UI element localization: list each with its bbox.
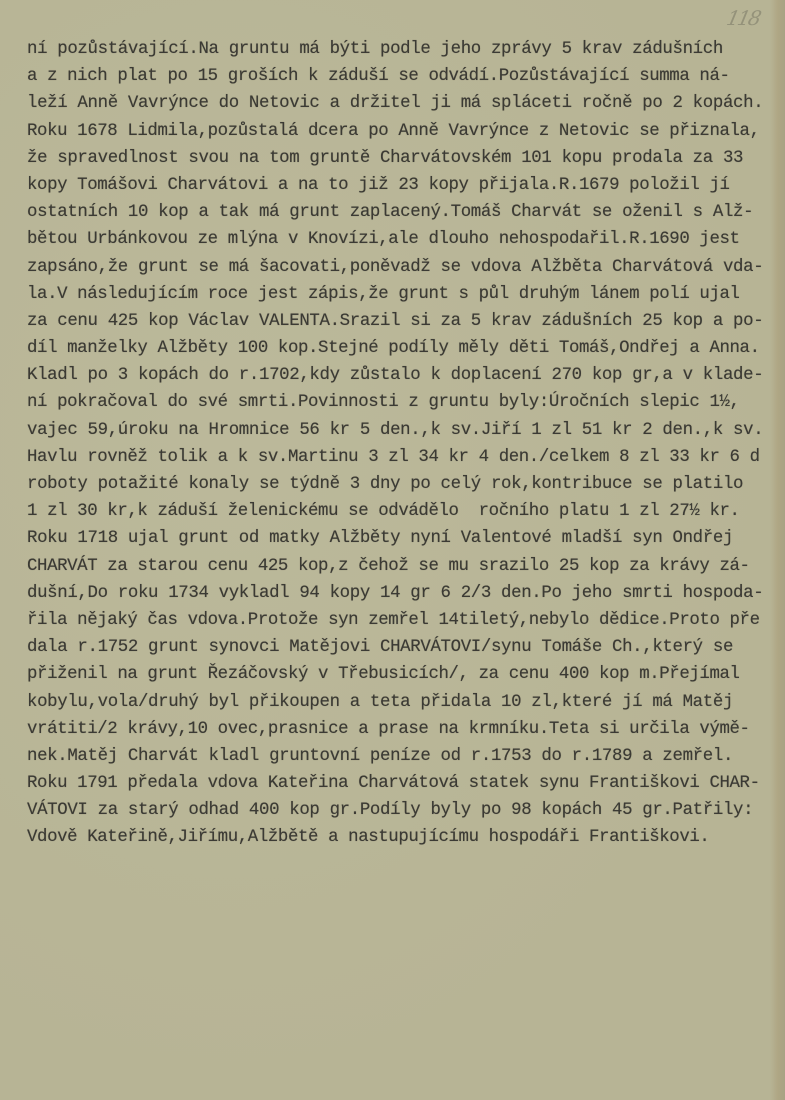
text-line: ní pokračoval do své smrti.Povinnosti z … <box>27 389 785 416</box>
text-line: roboty potažité konaly se týdně 3 dny po… <box>27 471 785 498</box>
text-line: ní pozůstávající.Na gruntu má býti podle… <box>27 36 785 63</box>
text-line: a z nich plat po 15 groších k záduší se … <box>27 63 785 90</box>
document-page: 118 ní pozůstávající.Na gruntu má býti p… <box>0 0 785 1100</box>
text-line: dušní,Do roku 1734 vykladl 94 kopy 14 gr… <box>27 580 785 607</box>
text-line: 1 zl 30 kr,k záduší želenickému se odvád… <box>27 498 785 525</box>
text-line: vrátiti/2 krávy,10 ovec,prasnice a prase… <box>27 716 785 743</box>
text-line: Roku 1791 předala vdova Kateřina Charvát… <box>27 770 785 797</box>
text-line: že spravedlnost svou na tom gruntě Charv… <box>27 145 785 172</box>
text-line: kobylu,vola/druhý byl přikoupen a teta p… <box>27 689 785 716</box>
text-line: ostatních 10 kop a tak má grunt zaplacen… <box>27 199 785 226</box>
text-line: bětou Urbánkovou ze mlýna v Knovízi,ale … <box>27 226 785 253</box>
text-line: za cenu 425 kop Václav VALENTA.Srazil si… <box>27 308 785 335</box>
typewritten-body: ní pozůstávající.Na gruntu má býti podle… <box>27 36 785 852</box>
text-line: leží Anně Vavrýnce do Netovic a držitel … <box>27 90 785 117</box>
text-line: VÁTOVI za starý odhad 400 kop gr.Podíly … <box>27 797 785 824</box>
text-line: Havlu rovněž tolik a k sv.Martinu 3 zl 3… <box>27 444 785 471</box>
text-line: Roku 1718 ujal grunt od matky Alžběty ny… <box>27 525 785 552</box>
text-line: díl manželky Alžběty 100 kop.Stejné podí… <box>27 335 785 362</box>
text-line: zapsáno,že grunt se má šacovati,poněvadž… <box>27 254 785 281</box>
text-line: la.V následujícím roce jest zápis,že gru… <box>27 281 785 308</box>
text-line: kopy Tomášovi Charvátovi a na to již 23 … <box>27 172 785 199</box>
text-line: vajec 59,úroku na Hromnice 56 kr 5 den.,… <box>27 417 785 444</box>
handwritten-page-number: 118 <box>724 6 761 30</box>
text-line: dala r.1752 grunt synovci Matějovi CHARV… <box>27 634 785 661</box>
text-line: Roku 1678 Lidmila,pozůstalá dcera po Ann… <box>27 118 785 145</box>
text-line: Kladl po 3 kopách do r.1702,kdy zůstalo … <box>27 362 785 389</box>
text-line: CHARVÁT za starou cenu 425 kop,z čehož s… <box>27 553 785 580</box>
text-line: řila nějaký čas vdova.Protože syn zemřel… <box>27 607 785 634</box>
text-line: přiženil na grunt Řezáčovský v Třebusicí… <box>27 661 785 688</box>
text-line: Vdově Kateřině,Jiřímu,Alžbětě a nastupuj… <box>27 824 785 851</box>
text-line: nek.Matěj Charvát kladl gruntovní peníze… <box>27 743 785 770</box>
